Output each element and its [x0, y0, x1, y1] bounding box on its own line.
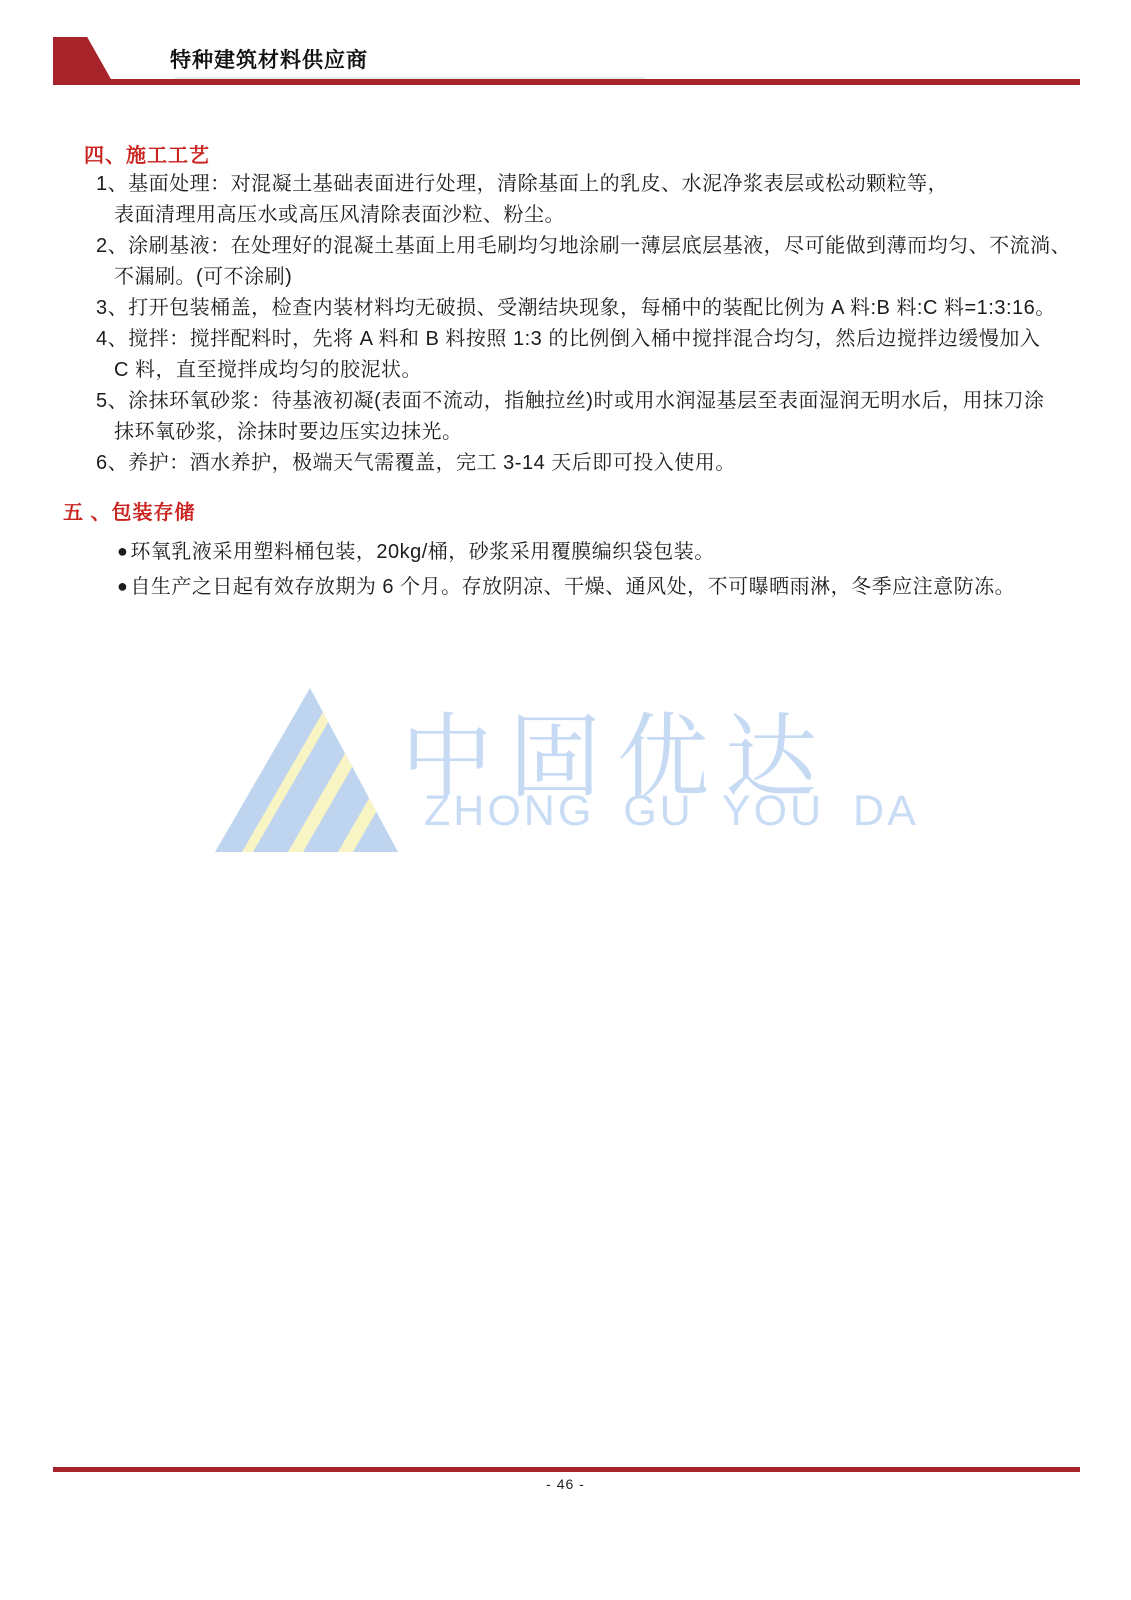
bullet-dot-icon: ●: [117, 541, 128, 561]
bullet-item: ●自生产之日起有效存放期为 6 个月。存放阴凉、干燥、通风处，不可曝晒雨淋，冬季…: [0, 569, 1131, 604]
brand-title: 特种建筑材料供应商: [170, 44, 368, 74]
list-item-line: 表面清理用高压水或高压风清除表面沙粒、粉尘。: [0, 200, 1131, 231]
header-rule: [53, 79, 1080, 85]
list-item-line: 抹环氧砂浆，涂抹时要边压实边抹光。: [0, 417, 1131, 448]
section-storage-heading: 五 、包装存储: [63, 496, 196, 525]
list-item-line: 1、基面处理：对混凝土基础表面进行处理，清除基面上的乳皮、水泥净浆表层或松动颗粒…: [0, 169, 1131, 200]
bullet-item: ●环氧乳液采用塑料桶包装，20kg/桶，砂浆采用覆膜编织袋包装。: [0, 534, 1131, 569]
storage-bullets: ●环氧乳液采用塑料桶包装，20kg/桶，砂浆采用覆膜编织袋包装。 ●自生产之日起…: [0, 534, 1131, 604]
process-list: 1、基面处理：对混凝土基础表面进行处理，清除基面上的乳皮、水泥净浆表层或松动颗粒…: [0, 169, 1131, 479]
watermark-triangle-logo: [213, 686, 399, 854]
header-banner-shape: [53, 37, 112, 81]
bullet-text: 自生产之日起有效存放期为 6 个月。存放阴凉、干燥、通风处，不可曝晒雨淋，冬季应…: [130, 576, 1015, 598]
bullet-dot-icon: ●: [117, 576, 128, 596]
watermark-cn-text: 中固优达: [401, 684, 833, 816]
watermark-en-text: ZHONG GU YOU DA: [424, 787, 919, 836]
section-process-heading: 四、施工工艺: [84, 139, 210, 168]
list-item-line: 5、涂抹环氧砂浆：待基液初凝(表面不流动，指触拉丝)时或用水润湿基层至表面湿润无…: [0, 386, 1131, 417]
list-item-line: C 料，直至搅拌成均匀的胶泥状。: [0, 355, 1131, 386]
list-item-line: 4、搅拌：搅拌配料时，先将 A 料和 B 料按照 1:3 的比例倒入桶中搅拌混合…: [0, 324, 1131, 355]
page-number: - 46 -: [0, 1476, 1131, 1492]
list-item-line: 6、养护：酒水养护，极端天气需覆盖，完工 3-14 天后即可投入使用。: [0, 448, 1131, 479]
document-page: 中固优达 ZHONG GU YOU DA 特种建筑材料供应商 四、施工工艺 1、…: [0, 0, 1131, 1600]
bullet-text: 环氧乳液采用塑料桶包装，20kg/桶，砂浆采用覆膜编织袋包装。: [130, 541, 714, 563]
list-item-line: 3、打开包装桶盖，检查内装材料均无破损、受潮结块现象，每桶中的装配比例为 A 料…: [0, 293, 1131, 324]
footer-rule: [53, 1467, 1080, 1472]
list-item-line: 不漏刷。(可不涂刷): [0, 262, 1131, 293]
list-item-line: 2、涂刷基液：在处理好的混凝土基面上用毛刷均匀地涂刷一薄层底层基液，尽可能做到薄…: [0, 231, 1131, 262]
